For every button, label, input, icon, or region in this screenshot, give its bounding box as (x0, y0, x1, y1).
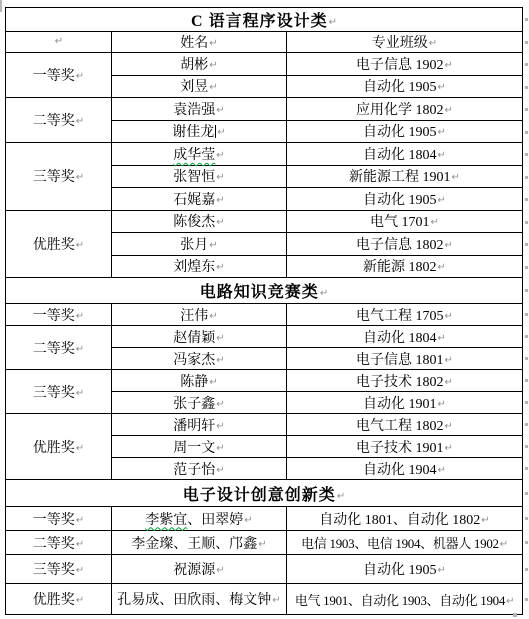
name-cell[interactable]: 李紫宜、田翠婷↵ (112, 507, 287, 531)
row-end-marker (525, 445, 528, 448)
name-label: 张子鑫 (173, 397, 215, 412)
award-table: C 语言程序设计类↵↵姓名↵专业班级↵一等奖↵胡彬↵电子信息 1902↵刘昱↵自… (5, 7, 523, 615)
class-label: 自动化 1905 (363, 80, 437, 95)
award-label: 三等奖 (33, 170, 75, 185)
row-end-marker (525, 598, 528, 601)
name-label: 孔易成、田欣雨、梅文钟 (117, 593, 271, 608)
row-end-marker (525, 335, 528, 338)
class-cell[interactable]: 自动化 1904↵ (287, 458, 523, 480)
paragraph-mark-icon: ↵ (431, 217, 439, 228)
paragraph-mark-icon: ↵ (76, 71, 84, 82)
paragraph-mark-icon: ↵ (481, 515, 489, 526)
award-cell[interactable]: 二等奖↵ (6, 98, 112, 143)
name-label: 谢佳龙 (172, 125, 214, 140)
section-title: 电路知识竞赛类 (200, 284, 319, 301)
paragraph-mark-icon: ↵ (76, 595, 84, 606)
row-end-marker (525, 313, 528, 316)
paragraph-mark-icon: ↵ (216, 565, 224, 576)
class-cell[interactable]: 应用化学 1802↵ (287, 98, 523, 121)
name-cell[interactable]: 范子怡↵ (112, 458, 287, 480)
section-title: C 语言程序设计类 (191, 13, 328, 30)
class-cell[interactable]: 电气 1901、自动化 1903、自动化 1904↵ (287, 584, 523, 615)
paragraph-mark-icon: ↵ (438, 565, 446, 576)
class-cell[interactable]: 电子技术 1802↵ (287, 370, 523, 392)
paragraph-mark-icon: ↵ (438, 333, 446, 344)
section-title-cell[interactable]: 电路知识竞赛类↵ (6, 278, 523, 304)
name-label: 冯家杰 (173, 353, 215, 368)
class-cell[interactable]: 电气工程 1802↵ (287, 414, 523, 436)
name-label: 陈静 (180, 375, 208, 390)
row-end-marker (525, 243, 528, 246)
paragraph-mark-icon: ↵ (76, 443, 84, 454)
award-label: 一等奖 (33, 513, 75, 528)
paragraph-mark-icon: ↵ (445, 443, 453, 454)
paragraph-mark-icon: ↵ (438, 195, 446, 206)
row-end-marker (525, 492, 528, 495)
paragraph-mark-icon: ↵ (209, 82, 217, 93)
paragraph-mark-icon: ↵ (76, 344, 84, 355)
paragraph-mark-icon: ↵ (76, 240, 84, 251)
class-cell[interactable]: 自动化 1905↵ (287, 188, 523, 211)
award-cell[interactable]: 二等奖↵ (6, 326, 112, 370)
paragraph-mark-icon: ↵ (216, 333, 224, 344)
paragraph-mark-icon: ↵ (329, 17, 337, 28)
header-class-label: 专业班级 (372, 36, 428, 51)
class-label: 电气 1901、自动化 1903、自动化 1904 (295, 593, 505, 608)
class-cell[interactable]: 电子信息 1801↵ (287, 348, 523, 370)
header-name-label: 姓名 (180, 36, 208, 51)
award-label: 二等奖 (33, 342, 75, 357)
class-label: 电气工程 1705 (356, 309, 444, 324)
row-end-marker (525, 86, 528, 89)
paragraph-mark-icon: ↵ (445, 355, 453, 366)
header-cell-name[interactable]: 姓名↵ (112, 32, 287, 53)
paragraph-mark-icon: ↵ (209, 60, 217, 71)
row-end-marker (525, 176, 528, 179)
class-cell[interactable]: 电气 1701↵ (287, 210, 523, 233)
paragraph-mark-icon: ↵ (506, 596, 514, 607)
class-label: 新能源 1802 (363, 260, 437, 275)
name-label: 刘昱 (180, 80, 208, 95)
row-end-marker (525, 221, 528, 224)
class-label: 电气 1701 (370, 215, 430, 230)
class-label: 自动化 1901 (363, 397, 437, 412)
paragraph-mark-icon: ↵ (244, 515, 252, 526)
award-label: 二等奖 (33, 114, 75, 129)
name-cell[interactable]: 周一文↵ (112, 436, 287, 458)
award-cell[interactable]: 优胜奖↵ (6, 584, 112, 615)
name-label: 范子怡 (173, 463, 215, 478)
class-cell[interactable]: 自动化 1905↵ (287, 555, 523, 584)
class-label: 自动化 1904 (363, 463, 437, 478)
award-cell[interactable]: 一等奖↵ (6, 304, 112, 326)
header-cell-class[interactable]: 专业班级↵ (287, 32, 523, 53)
award-table-body: C 语言程序设计类↵↵姓名↵专业班级↵一等奖↵胡彬↵电子信息 1902↵刘昱↵自… (6, 8, 523, 615)
name-cell[interactable]: 石娓嘉↵ (112, 188, 287, 211)
name-label: 刘煌东 (173, 260, 215, 275)
award-label: 三等奖 (33, 563, 75, 578)
class-cell[interactable]: 自动化 1804↵ (287, 143, 523, 166)
paragraph-mark-icon: ↵ (216, 262, 224, 273)
paragraph-mark-icon: ↵ (216, 150, 224, 161)
row-end-marker (525, 41, 528, 44)
name-label: 赵倩颖 (173, 331, 215, 346)
paragraph-mark-icon: ↵ (337, 491, 345, 502)
row-end-marker (525, 423, 528, 426)
award-cell[interactable]: 三等奖↵ (6, 370, 112, 414)
name-cell[interactable]: 刘昱↵ (112, 75, 287, 98)
row-end-marker (525, 517, 528, 520)
name-label: 祝源源 (173, 563, 215, 578)
paragraph-mark-icon: ↵ (217, 127, 225, 138)
class-label: 应用化学 1802 (356, 103, 444, 118)
paragraph-mark-icon: ↵ (438, 262, 446, 273)
name-label: 胡彬 (180, 58, 208, 73)
name-cell[interactable]: 刘煌东↵ (112, 255, 287, 278)
row-end-marker (525, 198, 528, 201)
row-end-marker (525, 357, 528, 360)
award-label: 优胜奖 (33, 441, 75, 456)
paragraph-mark-icon: ↵ (216, 217, 224, 228)
name-cell[interactable]: 张子鑫↵ (112, 392, 287, 414)
paragraph-mark-icon: ↵ (216, 105, 224, 116)
paragraph-mark-icon: ↵ (445, 377, 453, 388)
row-end-marker (525, 541, 528, 544)
name-label: 潘明轩 (173, 419, 215, 434)
award-cell[interactable]: 一等奖↵ (6, 507, 112, 531)
class-label: 电信 1903、电信 1904、机器人 1902 (301, 536, 499, 551)
name-label: 李金璨、王顺、邝鑫 (131, 537, 257, 552)
name-cell[interactable]: 汪伟↵ (112, 304, 287, 326)
paragraph-mark-icon: ↵ (445, 240, 453, 251)
name-cell[interactable]: 李金璨、王顺、邝鑫↵ (112, 531, 287, 555)
award-cell[interactable]: 一等奖↵ (6, 53, 112, 98)
row-end-marker (525, 266, 528, 269)
row-end-marker (525, 18, 528, 21)
paragraph-mark-icon: ↵ (272, 595, 280, 606)
name-cell[interactable]: 潘明轩↵ (112, 414, 287, 436)
class-label: 新能源工程 1901 (349, 170, 451, 185)
paragraph-mark-icon: ↵ (76, 565, 84, 576)
section-title-cell[interactable]: C 语言程序设计类↵ (6, 8, 523, 32)
award-cell[interactable]: 二等奖↵ (6, 531, 112, 555)
paragraph-mark-icon: ↵ (438, 127, 446, 138)
paragraph-mark-icon: ↵ (445, 105, 453, 116)
paragraph-mark-icon: ↵ (55, 36, 63, 47)
name-label: 袁浩强 (173, 103, 215, 118)
name-cell[interactable]: 成华莹↵ (112, 143, 287, 166)
paragraph-mark-icon: ↵ (452, 172, 460, 183)
award-cell[interactable]: 优胜奖↵ (6, 210, 112, 278)
paragraph-mark-icon: ↵ (500, 539, 508, 550)
class-label: 自动化 1801、自动化 1802 (319, 513, 480, 528)
name-cell[interactable]: 张智恒↵ (112, 165, 287, 188)
class-cell[interactable]: 电子技术 1901↵ (287, 436, 523, 458)
header-cell-award[interactable]: ↵ (6, 32, 112, 53)
paragraph-mark-icon: ↵ (216, 443, 224, 454)
paragraph-mark-icon: ↵ (445, 421, 453, 432)
class-cell[interactable]: 自动化 1801、自动化 1802↵ (287, 507, 523, 531)
paragraph-mark-icon: ↵ (216, 172, 224, 183)
section-title: 电子设计创意创新类 (183, 487, 336, 504)
row-end-marker (525, 108, 528, 111)
row-end-marker (525, 401, 528, 404)
class-cell[interactable]: 自动化 1905↵ (287, 75, 523, 98)
name-label: 张智恒 (173, 170, 215, 185)
paragraph-mark-icon: ↵ (76, 172, 84, 183)
paragraph-mark-icon: ↵ (216, 355, 224, 366)
page-margin-mark (0, 0, 2, 12)
table-end-marker (513, 613, 517, 617)
class-cell[interactable]: 自动化 1804↵ (287, 326, 523, 348)
award-cell[interactable]: 三等奖↵ (6, 555, 112, 584)
paragraph-mark-icon: ↵ (216, 195, 224, 206)
row-end-marker (525, 467, 528, 470)
row-end-marker (525, 289, 528, 292)
class-label: 电子技术 1802 (356, 375, 444, 390)
paragraph-mark-icon: ↵ (209, 240, 217, 251)
paragraph-mark-icon: ↵ (209, 38, 217, 49)
award-label: 三等奖 (33, 386, 75, 401)
paragraph-mark-icon: ↵ (429, 38, 437, 49)
paragraph-mark-icon: ↵ (438, 82, 446, 93)
paragraph-mark-icon: ↵ (445, 60, 453, 71)
paragraph-mark-icon: ↵ (76, 116, 84, 127)
name-label: 周一文 (173, 441, 215, 456)
paragraph-mark-icon: ↵ (216, 465, 224, 476)
class-cell[interactable]: 电信 1903、电信 1904、机器人 1902↵ (287, 531, 523, 555)
class-label: 自动化 1905 (363, 125, 437, 140)
name-label: 陈俊杰 (173, 215, 215, 230)
paragraph-mark-icon: ↵ (216, 421, 224, 432)
paragraph-mark-icon: ↵ (76, 311, 84, 322)
row-end-marker (525, 63, 528, 66)
misspelled-name: 成华莹 (173, 148, 215, 163)
class-label: 电气工程 1802 (356, 419, 444, 434)
name-label: 张月 (180, 238, 208, 253)
award-cell[interactable]: 优胜奖↵ (6, 414, 112, 480)
class-cell[interactable]: 新能源 1802↵ (287, 255, 523, 278)
class-label: 电子信息 1802 (356, 238, 444, 253)
name-label: 、田翠婷 (187, 513, 243, 528)
class-cell[interactable]: 自动化 1901↵ (287, 392, 523, 414)
name-cell[interactable]: 陈静↵ (112, 370, 287, 392)
award-label: 一等奖 (33, 309, 75, 324)
name-cell[interactable]: 冯家杰↵ (112, 348, 287, 370)
paragraph-mark-icon: ↵ (216, 399, 224, 410)
paragraph-mark-icon: ↵ (76, 388, 84, 399)
class-label: 电子信息 1902 (356, 58, 444, 73)
paragraph-mark-icon: ↵ (320, 288, 328, 299)
row-end-marker (525, 153, 528, 156)
class-label: 自动化 1905 (363, 563, 437, 578)
paragraph-mark-icon: ↵ (438, 150, 446, 161)
name-cell[interactable]: 赵倩颖↵ (112, 326, 287, 348)
misspelled-name: 李紫宜 (145, 513, 187, 528)
name-cell[interactable]: 孔易成、田欣雨、梅文钟↵ (112, 584, 287, 615)
class-label: 自动化 1804 (363, 331, 437, 346)
name-label: 石娓嘉 (173, 193, 215, 208)
award-label: 优胜奖 (33, 238, 75, 253)
class-label: 电子信息 1801 (356, 353, 444, 368)
class-cell[interactable]: 电气工程 1705↵ (287, 304, 523, 326)
class-label: 自动化 1804 (363, 148, 437, 163)
class-cell[interactable]: 电子信息 1802↵ (287, 233, 523, 256)
section-title-cell[interactable]: 电子设计创意创新类↵ (6, 480, 523, 507)
class-cell[interactable]: 电子信息 1902↵ (287, 53, 523, 76)
award-label: 二等奖 (33, 537, 75, 552)
paragraph-mark-icon: ↵ (438, 399, 446, 410)
award-label: 一等奖 (33, 69, 75, 84)
name-label: 汪伟 (180, 309, 208, 324)
name-cell[interactable]: 胡彬↵ (112, 53, 287, 76)
class-cell[interactable]: 新能源工程 1901↵ (287, 165, 523, 188)
paragraph-mark-icon: ↵ (438, 465, 446, 476)
name-cell[interactable]: 祝源源↵ (112, 555, 287, 584)
paragraph-mark-icon: ↵ (258, 539, 266, 550)
name-cell[interactable]: 袁浩强↵ (112, 98, 287, 121)
paragraph-mark-icon: ↵ (76, 515, 84, 526)
paragraph-mark-icon: ↵ (445, 311, 453, 322)
paragraph-mark-icon: ↵ (209, 311, 217, 322)
name-cell[interactable]: 陈俊杰↵ (112, 210, 287, 233)
row-end-marker (525, 568, 528, 571)
paragraph-mark-icon: ↵ (209, 377, 217, 388)
award-cell[interactable]: 三等奖↵ (6, 143, 112, 211)
name-cell[interactable]: 张月↵ (112, 233, 287, 256)
row-end-marker (525, 131, 528, 134)
award-label: 优胜奖 (33, 593, 75, 608)
paragraph-mark-icon: ↵ (76, 539, 84, 550)
class-label: 电子技术 1901 (356, 441, 444, 456)
class-label: 自动化 1905 (363, 193, 437, 208)
class-cell[interactable]: 自动化 1905↵ (287, 120, 523, 143)
name-cell[interactable]: 谢佳龙↵ (112, 120, 287, 143)
row-end-marker (525, 379, 528, 382)
